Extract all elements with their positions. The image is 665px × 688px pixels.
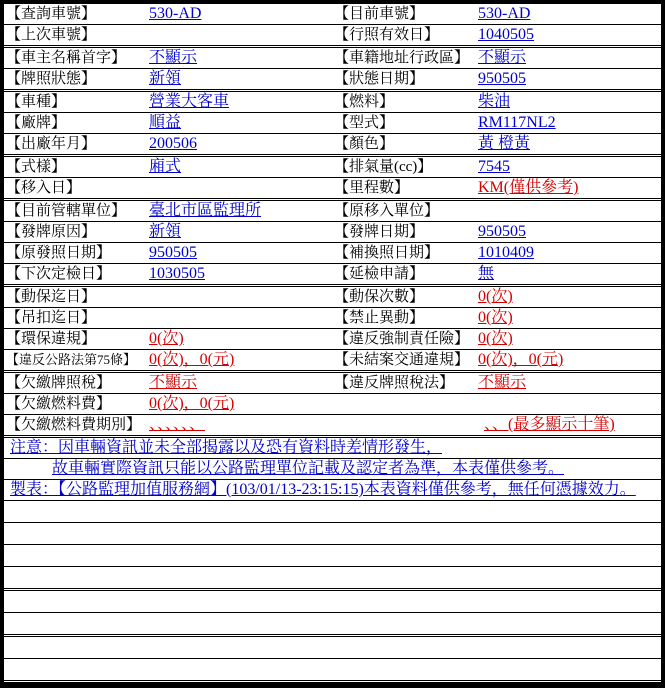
field-value: 0(次) bbox=[474, 308, 661, 328]
field-label: 【出廠年月】 bbox=[4, 134, 142, 154]
field-label: 【動保迄日】 bbox=[4, 287, 142, 307]
table-row-chattel-mortgage-until: 【動保迄日】 【動保次數】 0(次) bbox=[4, 287, 661, 308]
field-label: 【查詢車號】 bbox=[4, 4, 142, 24]
notice-row-1: 注意：因車輛資訊並未全部揭露以及恐有資料時差情形發生， bbox=[4, 438, 661, 459]
field-label: 【廠牌】 bbox=[4, 113, 142, 133]
field-label: 【上次車號】 bbox=[4, 25, 142, 45]
empty-row bbox=[4, 659, 661, 681]
field-value: 950505 bbox=[474, 222, 661, 242]
notice-text-line2: 故車輛實際資訊只能以公路監理單位記載及認定者為準，本表僅供參考。 bbox=[4, 459, 564, 479]
table-row-next-inspection: 【下次定檢日】 1030505 【延檢申請】 無 bbox=[4, 264, 661, 287]
field-value: 200506 bbox=[142, 134, 332, 154]
field-value: 950505 bbox=[142, 243, 332, 263]
field-value: 柴油 bbox=[474, 92, 661, 112]
field-label: 【違反牌照稅法】 bbox=[332, 373, 474, 393]
field-value: 新領 bbox=[142, 222, 332, 242]
table-row-suspension-until: 【吊扣迄日】 【禁止異動】 0(次) bbox=[4, 308, 661, 329]
table-row-move-in-date: 【移入日】 【里程數】 KM(僅供參考) bbox=[4, 178, 661, 201]
field-label: 【原移入單位】 bbox=[332, 201, 474, 221]
field-value: 0(次) bbox=[474, 329, 661, 349]
field-label: 【狀態日期】 bbox=[332, 69, 474, 89]
field-label: 【車籍地址行政區】 bbox=[332, 48, 474, 68]
empty-row bbox=[4, 613, 661, 637]
field-label: 【發牌日期】 bbox=[332, 222, 474, 242]
empty-row bbox=[4, 501, 661, 523]
field-label: 【里程數】 bbox=[332, 178, 474, 198]
empty-row bbox=[4, 567, 661, 591]
table-row-body-style: 【式樣】 廂式 【排氣量(cc)】 7545 bbox=[4, 157, 661, 178]
field-value: 0(次)，0(元) bbox=[142, 350, 332, 370]
empty-row bbox=[4, 637, 661, 659]
field-value: 1010409 bbox=[474, 243, 661, 263]
field-label: 【燃料】 bbox=[332, 92, 474, 112]
field-label: 【發牌原因】 bbox=[4, 222, 142, 242]
field-label: 【未結案交通違規】 bbox=[332, 350, 474, 370]
empty-row bbox=[4, 523, 661, 545]
table-row-jurisdiction: 【目前管轄單位】 臺北市區監理所 【原移入單位】 bbox=[4, 201, 661, 222]
field-value: 0(次)，0(元) bbox=[142, 394, 332, 414]
table-row-environmental-violations: 【環保違規】 0(次) 【違反強制責任險】 0(次) bbox=[4, 329, 661, 350]
field-value: 不顯示 bbox=[474, 373, 661, 393]
field-label: 【車種】 bbox=[4, 92, 142, 112]
field-label: 【目前管轄單位】 bbox=[4, 201, 142, 221]
field-label: 【型式】 bbox=[332, 113, 474, 133]
field-label: 【行照有效日】 bbox=[332, 25, 474, 45]
table-row-original-license-date: 【原發照日期】 950505 【補換照日期】 1010409 bbox=[4, 243, 661, 264]
field-value: 0(次) bbox=[474, 287, 661, 307]
table-row-plate-status: 【牌照狀態】 新領 【狀態日期】 950505 bbox=[4, 69, 661, 92]
field-value: 不顯示 bbox=[142, 48, 332, 68]
field-label: 【排氣量(cc)】 bbox=[332, 157, 474, 177]
table-row-plate-issue-reason: 【發牌原因】 新領 【發牌日期】 950505 bbox=[4, 222, 661, 243]
field-value: 臺北市區監理所 bbox=[142, 201, 332, 221]
field-value: 、、(最多顯示十筆) bbox=[474, 415, 661, 435]
field-value: 順益 bbox=[142, 113, 332, 133]
field-label: 【顏色】 bbox=[332, 134, 474, 154]
field-value: RM117NL2 bbox=[474, 113, 661, 133]
table-row-brand: 【廠牌】 順益 【型式】 RM117NL2 bbox=[4, 113, 661, 134]
field-label: 【目前車號】 bbox=[332, 4, 474, 24]
field-value: 1040505 bbox=[474, 25, 661, 45]
field-label: 【牌照狀態】 bbox=[4, 69, 142, 89]
field-value: 1030505 bbox=[142, 264, 332, 284]
notice-row-2: 故車輛實際資訊只能以公路監理單位記載及認定者為準，本表僅供參考。 bbox=[4, 459, 661, 480]
empty-row bbox=[4, 591, 661, 613]
field-value: 530-AD bbox=[142, 4, 332, 24]
field-label: 【禁止異動】 bbox=[332, 308, 474, 328]
field-value: 0(次)，0(元) bbox=[474, 350, 661, 370]
field-label: 【下次定檢日】 bbox=[4, 264, 142, 284]
field-value: 新領 bbox=[142, 69, 332, 89]
table-row-vehicle-type: 【車種】 營業大客車 【燃料】 柴油 bbox=[4, 92, 661, 113]
field-value: 7545 bbox=[474, 157, 661, 177]
field-label: 【移入日】 bbox=[4, 178, 142, 198]
field-value: 營業大客車 bbox=[142, 92, 332, 112]
field-value: 廂式 bbox=[142, 157, 332, 177]
vehicle-registration-report: 【查詢車號】 530-AD 【目前車號】 530-AD 【上次車號】 【行照有效… bbox=[0, 0, 665, 688]
table-row-manufacture-date: 【出廠年月】 200506 【顏色】 黃 橙黃 bbox=[4, 134, 661, 157]
table-row-unpaid-fuel-fee: 【欠繳燃料費】 0(次)，0(元) bbox=[4, 394, 661, 415]
table-row-query-plate: 【查詢車號】 530-AD 【目前車號】 530-AD bbox=[4, 4, 661, 25]
field-label: 【原發照日期】 bbox=[4, 243, 142, 263]
field-value: 無 bbox=[474, 264, 661, 284]
field-label: 【違反強制責任險】 bbox=[332, 329, 474, 349]
field-label: 【延檢申請】 bbox=[332, 264, 474, 284]
field-value: 950505 bbox=[474, 69, 661, 89]
table-row-unpaid-license-tax: 【欠繳牌照稅】 不顯示 【違反牌照稅法】 不顯示 bbox=[4, 373, 661, 394]
report-source-timestamp: 製表：【公路監理加值服務網】(103/01/13-23:15:15)本表資料僅供… bbox=[4, 480, 636, 500]
field-label: 【欠繳燃料費期別】 bbox=[4, 415, 142, 435]
field-label: 【欠繳牌照稅】 bbox=[4, 373, 142, 393]
table-row-last-plate: 【上次車號】 【行照有效日】 1040505 bbox=[4, 25, 661, 48]
field-label: 【違反公路法第75條】 bbox=[4, 350, 142, 370]
field-value: 黃 橙黃 bbox=[474, 134, 661, 154]
table-row-owner-name: 【車主名稱首字】 不顯示 【車籍地址行政區】 不顯示 bbox=[4, 48, 661, 69]
field-label: 【動保次數】 bbox=[332, 287, 474, 307]
report-footer-row: 製表：【公路監理加值服務網】(103/01/13-23:15:15)本表資料僅供… bbox=[4, 480, 661, 501]
table-row-unpaid-fuel-fee-periods: 【欠繳燃料費期別】 、、、、、、 、、(最多顯示十筆) bbox=[4, 415, 661, 438]
empty-row bbox=[4, 545, 661, 567]
field-value: 0(次) bbox=[142, 329, 332, 349]
field-label: 【式樣】 bbox=[4, 157, 142, 177]
field-label: 【欠繳燃料費】 bbox=[4, 394, 142, 414]
field-label: 【補換照日期】 bbox=[332, 243, 474, 263]
field-value: 不顯示 bbox=[474, 48, 661, 68]
field-value: 不顯示 bbox=[142, 373, 332, 393]
notice-text-line1: 注意：因車輛資訊並未全部揭露以及恐有資料時差情形發生， bbox=[4, 438, 442, 458]
field-value: KM(僅供參考) bbox=[474, 178, 661, 198]
table-row-highway-act-violations: 【違反公路法第75條】 0(次)，0(元) 【未結案交通違規】 0(次)，0(元… bbox=[4, 350, 661, 373]
field-label: 【吊扣迄日】 bbox=[4, 308, 142, 328]
field-label: 【環保違規】 bbox=[4, 329, 142, 349]
field-value: 530-AD bbox=[474, 4, 661, 24]
field-label: 【車主名稱首字】 bbox=[4, 48, 142, 68]
field-value: 、、、、、、 bbox=[142, 415, 332, 435]
